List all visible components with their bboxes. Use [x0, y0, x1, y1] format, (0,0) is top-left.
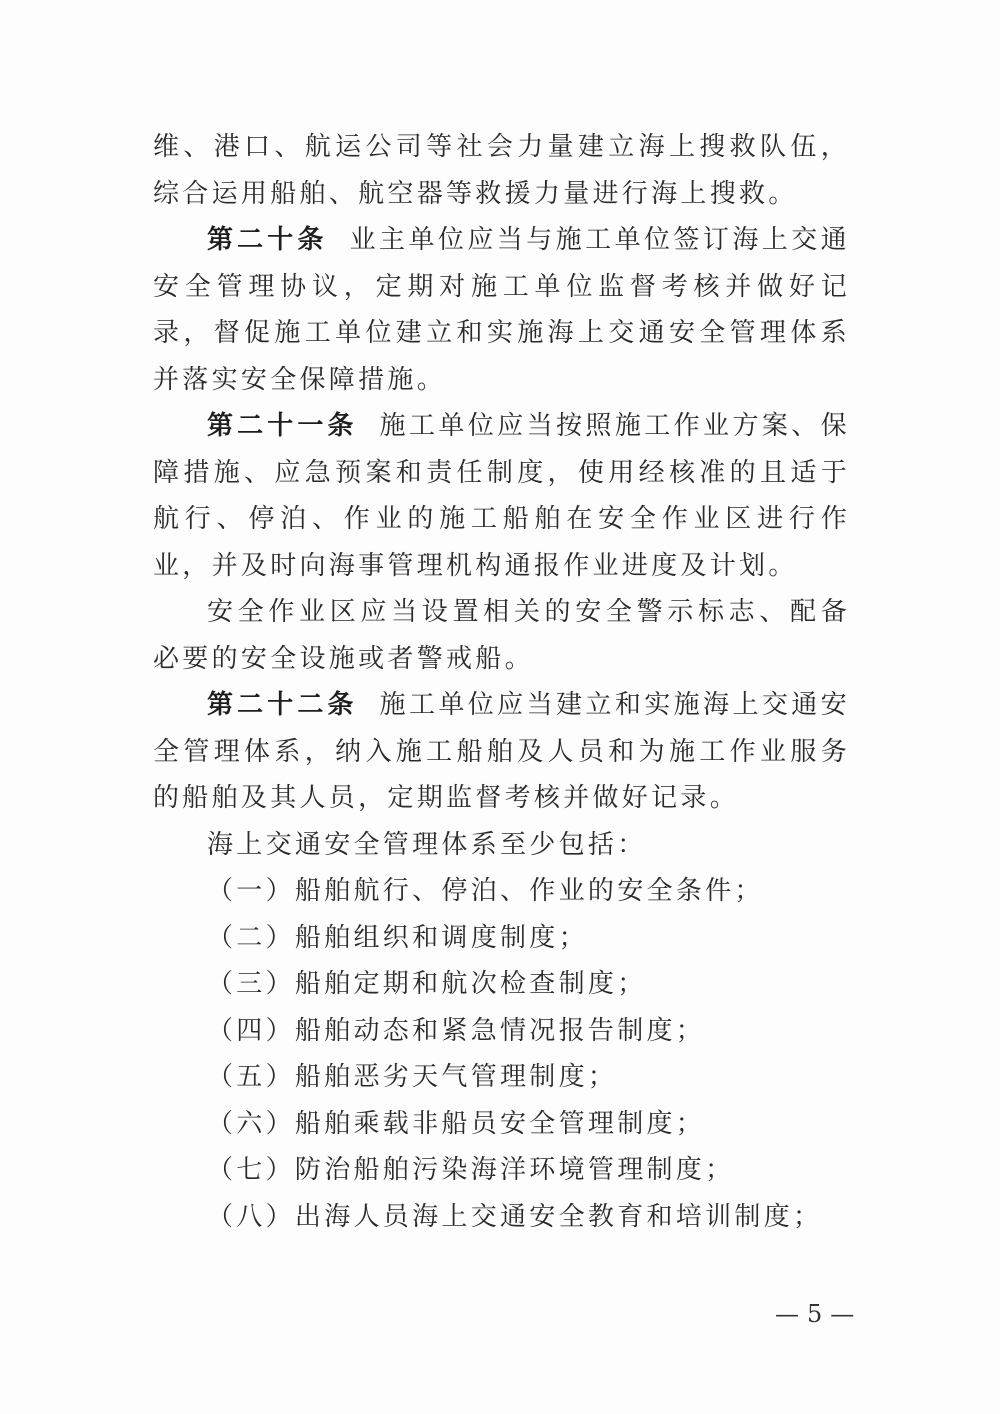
list-item: （五）船舶恶劣天气管理制度； — [153, 1054, 850, 1101]
document-page: 维、港口、航运公司等社会力量建立海上搜救队伍，综合运用船舶、航空器等救援力量进行… — [0, 0, 1000, 1414]
article-number: 第二十二条 — [207, 690, 358, 720]
list-item: （二）船舶组织和调度制度； — [153, 915, 850, 962]
article-number: 第二十条 — [207, 225, 328, 255]
document-body: 维、港口、航运公司等社会力量建立海上搜救队伍，综合运用船舶、航空器等救援力量进行… — [153, 124, 850, 1240]
list-item: （三）船舶定期和航次检查制度； — [153, 961, 850, 1008]
paragraph-system-intro: 海上交通安全管理体系至少包括： — [153, 822, 850, 869]
article-20: 第二十条业主单位应当与施工单位签订海上交通安全管理协议，定期对施工单位监督考核并… — [153, 217, 850, 403]
article-22: 第二十二条施工单位应当建立和实施海上交通安全管理体系，纳入施工船舶及人员和为施工… — [153, 682, 850, 822]
article-21: 第二十一条施工单位应当按照施工作业方案、保障措施、应急预案和责任制度，使用经核准… — [153, 403, 850, 589]
list-item: （一）船舶航行、停泊、作业的安全条件； — [153, 868, 850, 915]
page-number: —5— — [775, 1300, 862, 1328]
list-item: （四）船舶动态和紧急情况报告制度； — [153, 1008, 850, 1055]
list-item: （六）船舶乘载非船员安全管理制度； — [153, 1101, 850, 1148]
list-item: （七）防治船舶污染海洋环境管理制度； — [153, 1147, 850, 1194]
paragraph-continuation: 维、港口、航运公司等社会力量建立海上搜救队伍，综合运用船舶、航空器等救援力量进行… — [153, 124, 850, 217]
paragraph-safety-zone: 安全作业区应当设置相关的安全警示标志、配备必要的安全设施或者警戒船。 — [153, 589, 850, 682]
list-item: （八）出海人员海上交通安全教育和培训制度； — [153, 1194, 850, 1241]
requirements-list: （一）船舶航行、停泊、作业的安全条件； （二）船舶组织和调度制度； （三）船舶定… — [153, 868, 850, 1240]
article-number: 第二十一条 — [207, 411, 358, 441]
